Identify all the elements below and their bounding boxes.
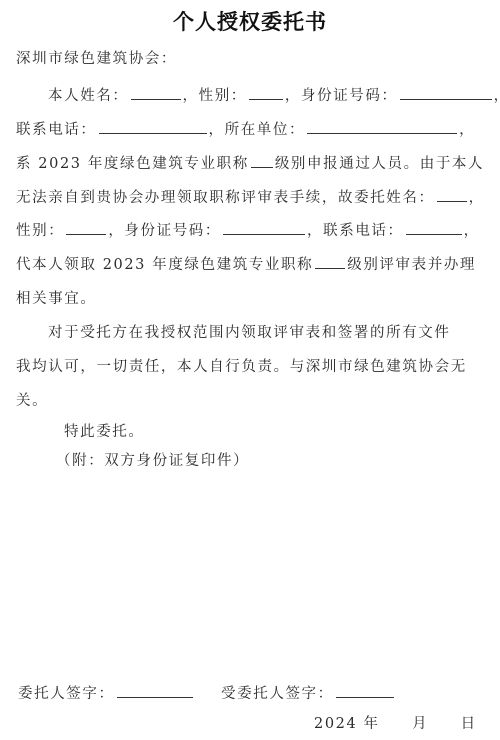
id-blank[interactable] <box>400 98 492 100</box>
agent-signature-blank[interactable] <box>336 696 394 698</box>
principal-signature-blank[interactable] <box>117 696 193 698</box>
gender-blank[interactable] <box>249 98 283 100</box>
date-row: 2024 年 月 日 <box>314 712 477 733</box>
para1-line6: 代本人领取 2023 年度绿色建筑专业职称级别评审表并办理 <box>16 253 476 274</box>
attachment-note: （附：双方身份证复印件） <box>56 449 249 470</box>
principal-signature-label: 委托人签字： <box>18 686 115 702</box>
unit-label: ，所在单位： <box>209 122 306 138</box>
name-blank[interactable] <box>131 98 181 100</box>
agent-name-blank[interactable] <box>437 200 467 202</box>
id-label: ，身份证号码： <box>285 88 398 104</box>
document-title: 个人授权委托书 <box>0 6 500 36</box>
para1-line1: 本人姓名：，性别：，身份证号码：， <box>48 84 500 105</box>
unit-blank[interactable] <box>307 132 457 134</box>
para2-line2: 我均认可，一切责任，本人自行负责。与深圳市绿色建筑协会无 <box>16 355 467 376</box>
signature-row: 委托人签字： 受委托人签字： <box>18 682 396 703</box>
agent-signature-label: 受委托人签字： <box>221 686 334 702</box>
agent-id-blank[interactable] <box>223 233 305 235</box>
phone-label: 联系电话： <box>16 122 97 138</box>
para1-line2: 联系电话：，所在单位：， <box>16 118 475 139</box>
gender-label: ，性别： <box>183 88 247 104</box>
date-month: 月 <box>412 716 428 732</box>
name-label: 本人姓名： <box>48 88 129 104</box>
para2-line3: 关。 <box>16 389 48 410</box>
para2-line1: 对于受托方在我授权范围内领取评审表和签署的所有文件 <box>48 321 451 342</box>
para1-line4: 无法亲自到贵协会办理领取职称评审表手续，故委托姓名：， <box>16 186 485 207</box>
phone-blank[interactable] <box>99 132 207 134</box>
agent-phone-blank[interactable] <box>406 233 462 235</box>
agent-level-blank[interactable] <box>315 267 345 269</box>
salutation: 深圳市绿色建筑协会： <box>16 47 177 68</box>
agent-gender-blank[interactable] <box>66 233 106 235</box>
para1-line3: 系 2023 年度绿色建筑专业职称级别申报通过人员。由于本人 <box>16 152 484 173</box>
date-day: 日 <box>461 716 477 732</box>
para1-line7: 相关事宜。 <box>16 287 97 308</box>
closing-text: 特此委托。 <box>64 420 145 441</box>
para1-line5: 性别：，身份证号码：，联系电话：， <box>16 219 480 240</box>
date-year: 2024 年 <box>314 716 380 732</box>
level-blank[interactable] <box>251 166 273 168</box>
